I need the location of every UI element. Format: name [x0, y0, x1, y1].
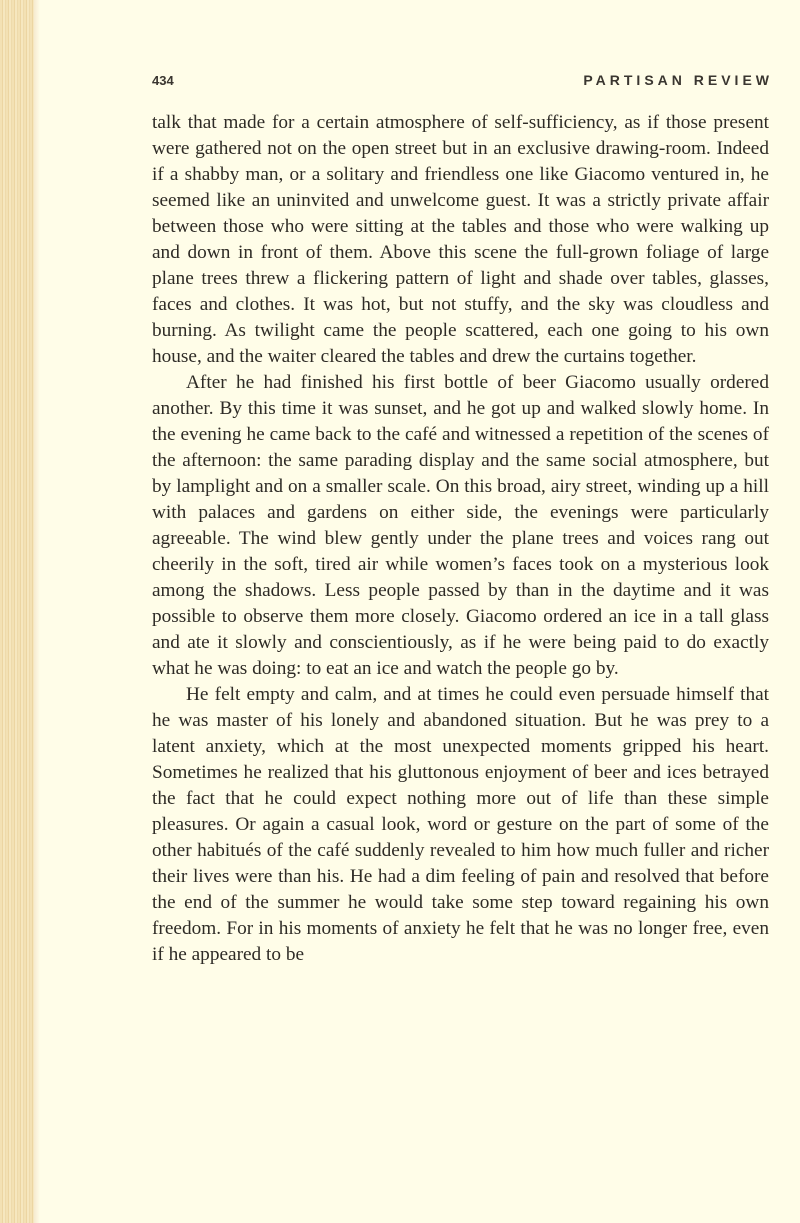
- running-head: 434 PARTISAN REVIEW: [152, 72, 769, 94]
- paragraph-2: After he had finished his first bottle o…: [152, 370, 769, 682]
- body-text: talk that made for a certain atmosphere …: [152, 110, 769, 968]
- paragraph-1: talk that made for a certain atmosphere …: [152, 110, 769, 370]
- paragraph-3: He felt empty and calm, and at times he …: [152, 682, 769, 968]
- book-page: 434 PARTISAN REVIEW talk that made for a…: [152, 72, 769, 968]
- running-title: PARTISAN REVIEW: [583, 72, 773, 88]
- book-binding-edge: [0, 0, 34, 1223]
- page-number: 434: [152, 73, 174, 88]
